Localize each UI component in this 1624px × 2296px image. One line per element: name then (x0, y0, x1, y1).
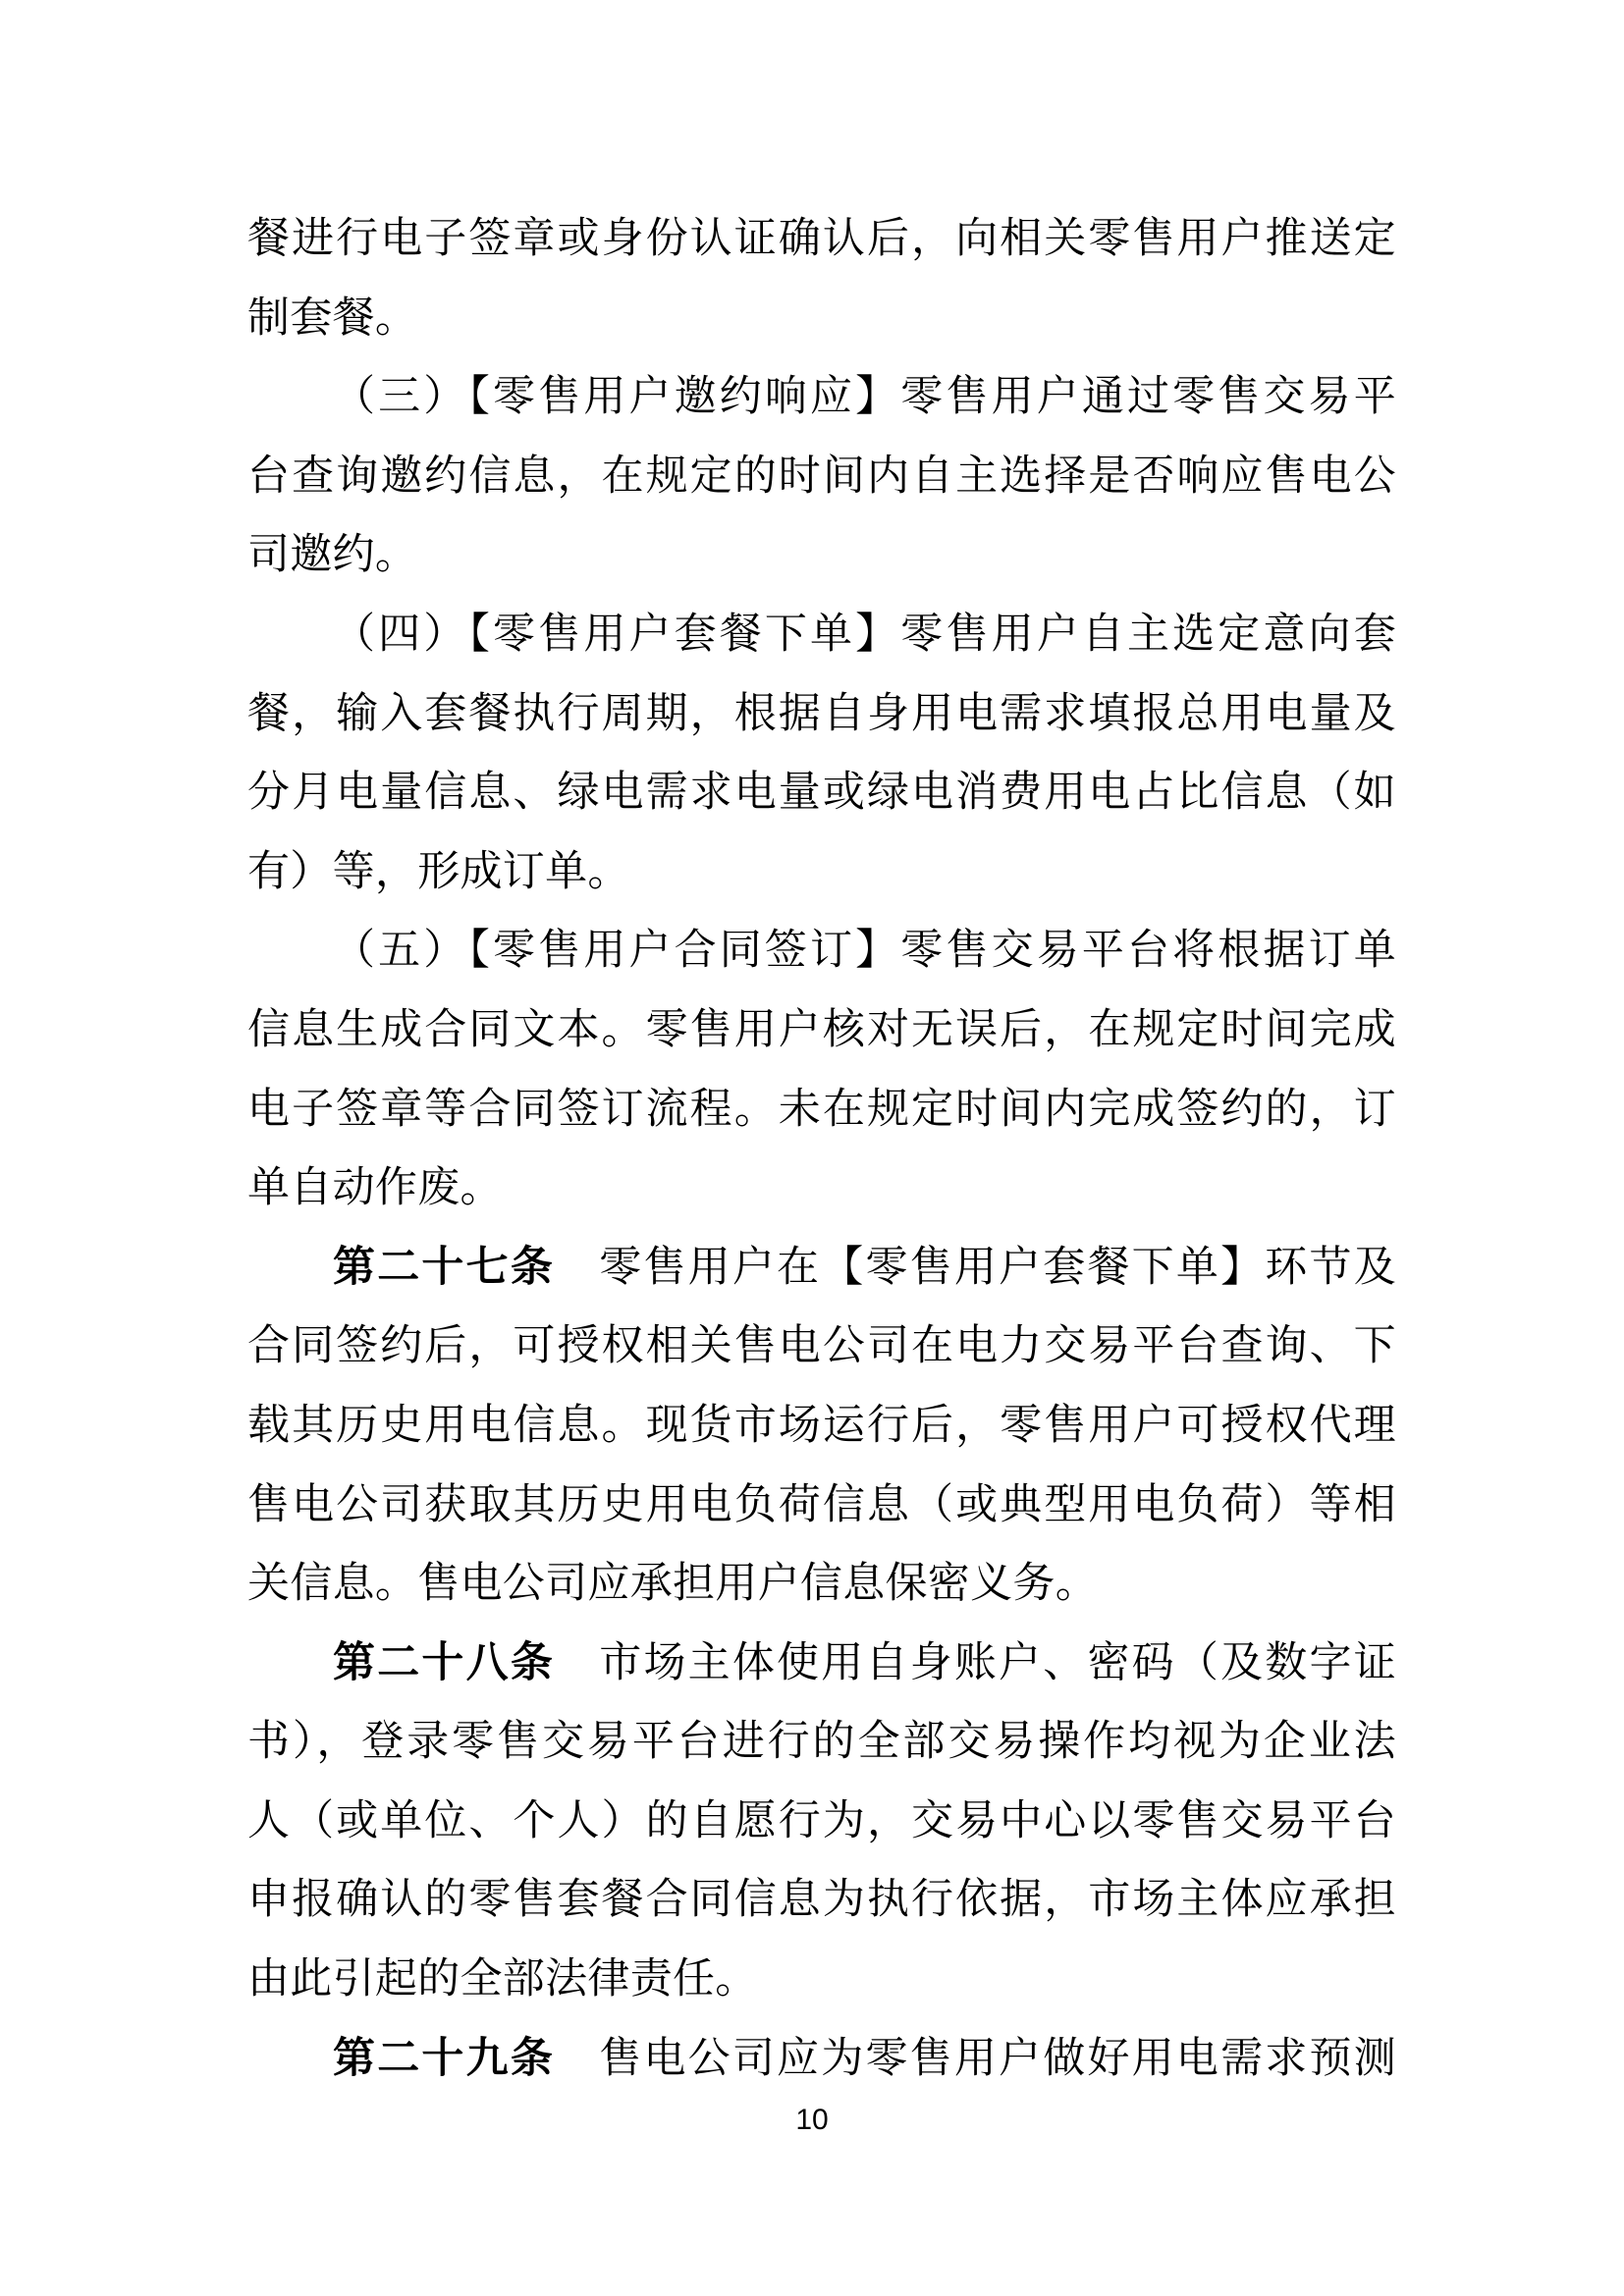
page-number: 10 (795, 2104, 828, 2136)
text-line: 售电公司获取其历史用电负荷信息（或典型用电负荷）等相 (247, 1466, 1396, 1545)
document-page: 餐进行电子签章或身份认证确认后，向相关零售用户推送定 制套餐。 （三）【零售用户… (0, 0, 1624, 2296)
line-text: （三）【零售用户邀约响应】零售用户通过零售交易平 (333, 372, 1396, 421)
text-line: 司邀约。 (247, 515, 1396, 595)
line-text: 关信息。售电公司应承担用户信息保密义务。 (247, 1559, 1098, 1608)
text-line: 由此引起的全部法律责任。 (247, 1940, 1396, 2019)
line-text: 由此引起的全部法律责任。 (247, 1954, 758, 2003)
line-text: 司邀约。 (247, 530, 417, 579)
text-line: 第二十八条 市场主体使用自身账户、密码（及数字证 (247, 1624, 1396, 1703)
line-text: 信息生成合同文本。零售用户核对无误后，在规定时间完成 (247, 1005, 1396, 1054)
line-text: 餐，输入套餐执行周期，根据自身用电需求填报总用电量及 (247, 689, 1396, 738)
text-line: 书），登录零售交易平台进行的全部交易操作均视为企业法 (247, 1702, 1396, 1782)
text-line: 单自动作废。 (247, 1148, 1396, 1228)
text-line: （三）【零售用户邀约响应】零售用户通过零售交易平 (247, 357, 1396, 437)
article-number: 第二十八条 (333, 1638, 555, 1687)
page-footer: 10 (0, 2104, 1624, 2137)
text-line: （四）【零售用户套餐下单】零售用户自主选定意向套 (247, 595, 1396, 674)
text-line: 餐进行电子签章或身份认证确认后，向相关零售用户推送定 (247, 199, 1396, 279)
line-text: 书），登录零售交易平台进行的全部交易操作均视为企业法 (247, 1717, 1396, 1766)
line-text: 申报确认的零售套餐合同信息为执行依据，市场主体应承担 (247, 1875, 1396, 1924)
document-body: 餐进行电子签章或身份认证确认后，向相关零售用户推送定 制套餐。 （三）【零售用户… (247, 199, 1396, 2098)
text-line: 台查询邀约信息，在规定的时间内自主选择是否响应售电公 (247, 437, 1396, 516)
article-number: 第二十七条 (333, 1243, 555, 1292)
text-line: 第二十七条 零售用户在【零售用户套餐下单】环节及 (247, 1228, 1396, 1308)
text-line: 人（或单位、个人）的自愿行为，交易中心以零售交易平台 (247, 1782, 1396, 1861)
text-line: 合同签约后，可授权相关售电公司在电力交易平台查询、下 (247, 1307, 1396, 1386)
line-text: 售电公司应为零售用户做好用电需求预测 (555, 2034, 1396, 2083)
article-number: 第二十九条 (333, 2034, 555, 2083)
text-line: 餐，输入套餐执行周期，根据自身用电需求填报总用电量及 (247, 674, 1396, 754)
line-text: 单自动作废。 (247, 1163, 503, 1212)
text-line: 载其历史用电信息。现货市场运行后，零售用户可授权代理 (247, 1386, 1396, 1466)
text-line: （五）【零售用户合同签订】零售交易平台将根据订单 (247, 911, 1396, 990)
line-text: 制套餐。 (247, 294, 417, 343)
line-text: 市场主体使用自身账户、密码（及数字证 (555, 1638, 1396, 1687)
text-line: 有）等，形成订单。 (247, 832, 1396, 912)
line-text: 餐进行电子签章或身份认证确认后，向相关零售用户推送定 (247, 214, 1396, 263)
line-text: （五）【零售用户合同签订】零售交易平台将根据订单 (333, 926, 1396, 975)
line-text: 载其历史用电信息。现货市场运行后，零售用户可授权代理 (247, 1401, 1396, 1450)
text-line: 第二十九条 售电公司应为零售用户做好用电需求预测 (247, 2019, 1396, 2099)
text-line: 关信息。售电公司应承担用户信息保密义务。 (247, 1544, 1396, 1624)
line-text: （四）【零售用户套餐下单】零售用户自主选定意向套 (333, 610, 1396, 659)
line-text: 有）等，形成订单。 (247, 847, 630, 896)
line-text: 人（或单位、个人）的自愿行为，交易中心以零售交易平台 (247, 1796, 1396, 1845)
text-line: 制套餐。 (247, 279, 1396, 358)
text-line: 申报确认的零售套餐合同信息为执行依据，市场主体应承担 (247, 1860, 1396, 1940)
text-line: 分月电量信息、绿电需求电量或绿电消费用电占比信息（如 (247, 753, 1396, 832)
line-text: 合同签约后，可授权相关售电公司在电力交易平台查询、下 (247, 1321, 1396, 1370)
line-text: 台查询邀约信息，在规定的时间内自主选择是否响应售电公 (247, 452, 1396, 501)
text-line: 电子签章等合同签订流程。未在规定时间内完成签约的，订 (247, 1070, 1396, 1149)
line-text: 分月电量信息、绿电需求电量或绿电消费用电占比信息（如 (247, 768, 1396, 817)
line-text: 售电公司获取其历史用电负荷信息（或典型用电负荷）等相 (247, 1480, 1396, 1529)
line-text: 零售用户在【零售用户套餐下单】环节及 (555, 1243, 1396, 1292)
line-text: 电子签章等合同签订流程。未在规定时间内完成签约的，订 (247, 1085, 1396, 1134)
text-line: 信息生成合同文本。零售用户核对无误后，在规定时间完成 (247, 990, 1396, 1070)
